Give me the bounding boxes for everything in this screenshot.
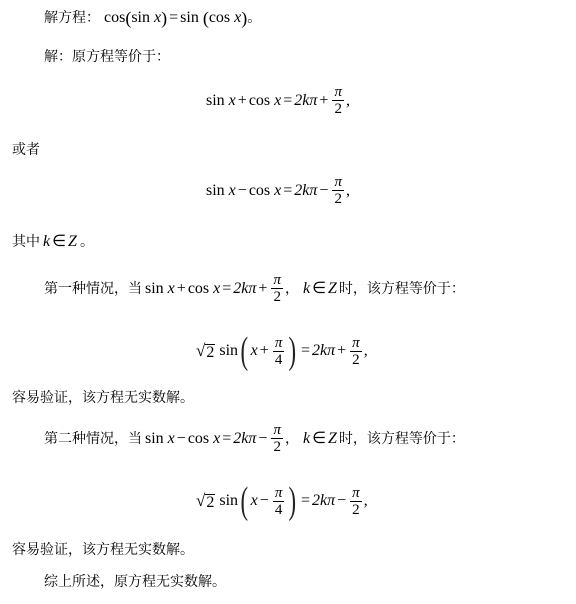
case-1-equation: √2sin (x+ π4 )=2kπ+ π2 , <box>196 332 368 370</box>
fraction-pi-over-4: π4 <box>273 335 285 368</box>
case-2-equation: √2sin (x− π4 )=2kπ− π2 , <box>196 482 368 520</box>
fraction-pi-over-2: π2 <box>271 422 283 455</box>
problem-equation: cos(sinx)=sin(cosx) <box>104 8 247 28</box>
fraction-pi-over-4: π4 <box>273 485 285 518</box>
problem-suffix: 。 <box>247 8 261 28</box>
final-conclusion: 综上所述，原方程无实数解。 <box>44 572 226 592</box>
sqrt-2: √2 <box>196 341 215 361</box>
fraction-pi-over-2: π2 <box>350 335 362 368</box>
case-2-conclusion: 容易验证，该方程无实数解。 <box>12 540 194 560</box>
solution-intro: 解：原方程等价于： <box>44 47 170 67</box>
problem-statement: 解方程： cos(sinx)=sin(cosx) 。 <box>44 8 261 28</box>
fraction-pi-over-2: π2 <box>271 272 283 305</box>
equation-1: sinx+cosx=2kπ+ π2 , <box>206 84 350 117</box>
fraction-pi-over-2: π2 <box>350 485 362 518</box>
fraction-pi-over-2: π2 <box>332 84 344 117</box>
where-clause: 其中 k∈Z 。 <box>12 232 94 252</box>
case-2-statement: 第二种情况，当 sinx−cosx=2kπ− π2 ， k∈Z 时，该方程等价于… <box>44 422 465 455</box>
or-text: 或者 <box>12 140 40 160</box>
fraction-pi-over-2: π2 <box>332 174 344 207</box>
case-1-statement: 第一种情况，当 sinx+cosx=2kπ+ π2 ， k∈Z 时，该方程等价于… <box>44 272 465 305</box>
problem-prefix: 解方程： <box>44 8 100 28</box>
case-1-conclusion: 容易验证，该方程无实数解。 <box>12 388 194 408</box>
sqrt-2: √2 <box>196 491 215 511</box>
equation-2: sinx−cosx=2kπ− π2 , <box>206 174 350 207</box>
